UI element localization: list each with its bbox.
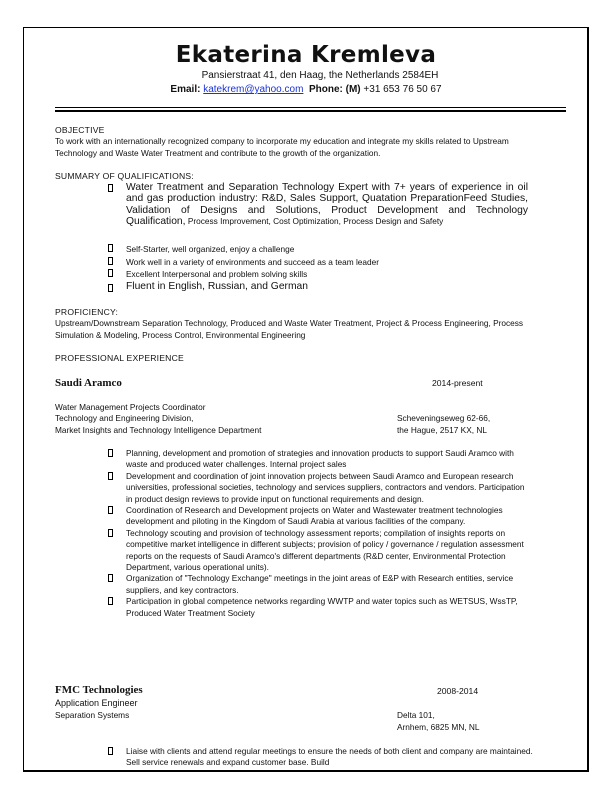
summary-list: Water Treatment and Separation Technolog… <box>108 182 528 228</box>
job-department: Market Insights and Technology Intellige… <box>55 425 261 437</box>
job-bullet: Planning, development and promotion of s… <box>108 448 533 471</box>
bullet-icon <box>108 747 113 755</box>
summary-list-short: Self-Starter, well organized, enjoy a ch… <box>108 243 533 293</box>
bullet-icon <box>108 574 113 582</box>
job-role: Application Engineer <box>55 698 138 708</box>
job-bullets: Liaise with clients and attend regular m… <box>108 746 533 769</box>
job-location-street: Scheveningseweg 62-66, <box>397 413 490 425</box>
bullet-icon <box>108 269 113 277</box>
job-location-city: Arnhem, 6825 MN, NL <box>397 722 480 734</box>
summary-item: Work well in a variety of environments a… <box>108 256 533 269</box>
job-dates: 2014-present <box>432 378 483 388</box>
email-link[interactable]: katekrem@yahoo.com <box>203 84 303 95</box>
job-location-street: Delta 101, <box>397 710 435 722</box>
bullet-icon <box>108 184 113 192</box>
bullet-icon <box>108 244 113 252</box>
company-name: FMC Technologies <box>55 684 143 696</box>
bullet-icon <box>108 472 113 480</box>
address: Pansierstraat 41, den Haag, the Netherla… <box>0 70 612 81</box>
company-name: Saudi Aramco <box>55 377 122 389</box>
email-label: Email: <box>170 84 200 95</box>
phone-number: +31 653 76 50 67 <box>363 84 441 95</box>
objective-text: To work with an internationally recogniz… <box>55 136 545 159</box>
proficiency-heading: PROFICIENCY: <box>55 307 118 317</box>
summary-item: Excellent Interpersonal and problem solv… <box>108 268 533 281</box>
job-bullet: Development and coordination of joint in… <box>108 471 533 505</box>
summary-heading: SUMMARY OF QUALIFICATIONS: <box>55 171 194 181</box>
bullet-icon <box>108 506 113 514</box>
bullet-icon <box>108 597 113 605</box>
bullet-icon <box>108 257 113 265</box>
bullet-icon <box>108 529 113 537</box>
summary-item: Fluent in English, Russian, and German <box>108 281 533 294</box>
phone-label: Phone: (M) <box>309 84 361 95</box>
bullet-icon <box>108 449 113 457</box>
summary-item: Self-Starter, well organized, enjoy a ch… <box>108 243 533 256</box>
objective-heading: OBJECTIVE <box>55 125 105 135</box>
job-bullet: Liaise with clients and attend regular m… <box>108 746 533 769</box>
job-bullets: Planning, development and promotion of s… <box>108 448 533 619</box>
job-bullet: Organization of "Technology Exchange" me… <box>108 573 533 596</box>
summary-item: Water Treatment and Separation Technolog… <box>108 182 528 228</box>
job-bullet: Participation in global competence netwo… <box>108 596 533 619</box>
candidate-name: Ekaterina Kremleva <box>0 42 612 68</box>
header-double-rule <box>55 107 566 112</box>
experience-heading: PROFESSIONAL EXPERIENCE <box>55 353 184 363</box>
job-division: Separation Systems <box>55 710 129 722</box>
bullet-icon <box>108 284 113 292</box>
job-bullet: Coordination of Research and Development… <box>108 505 533 528</box>
proficiency-text: Upstream/Downstream Separation Technolog… <box>55 318 535 341</box>
job-dates: 2008-2014 <box>437 686 478 696</box>
contact-line: Email: katekrem@yahoo.com Phone: (M) +31… <box>0 84 612 95</box>
job-division: Technology and Engineering Division, <box>55 413 193 425</box>
job-bullet: Technology scouting and provision of tec… <box>108 528 533 574</box>
job-location-city: the Hague, 2517 KX, NL <box>397 425 487 437</box>
job-role: Water Management Projects Coordinator <box>55 402 206 414</box>
